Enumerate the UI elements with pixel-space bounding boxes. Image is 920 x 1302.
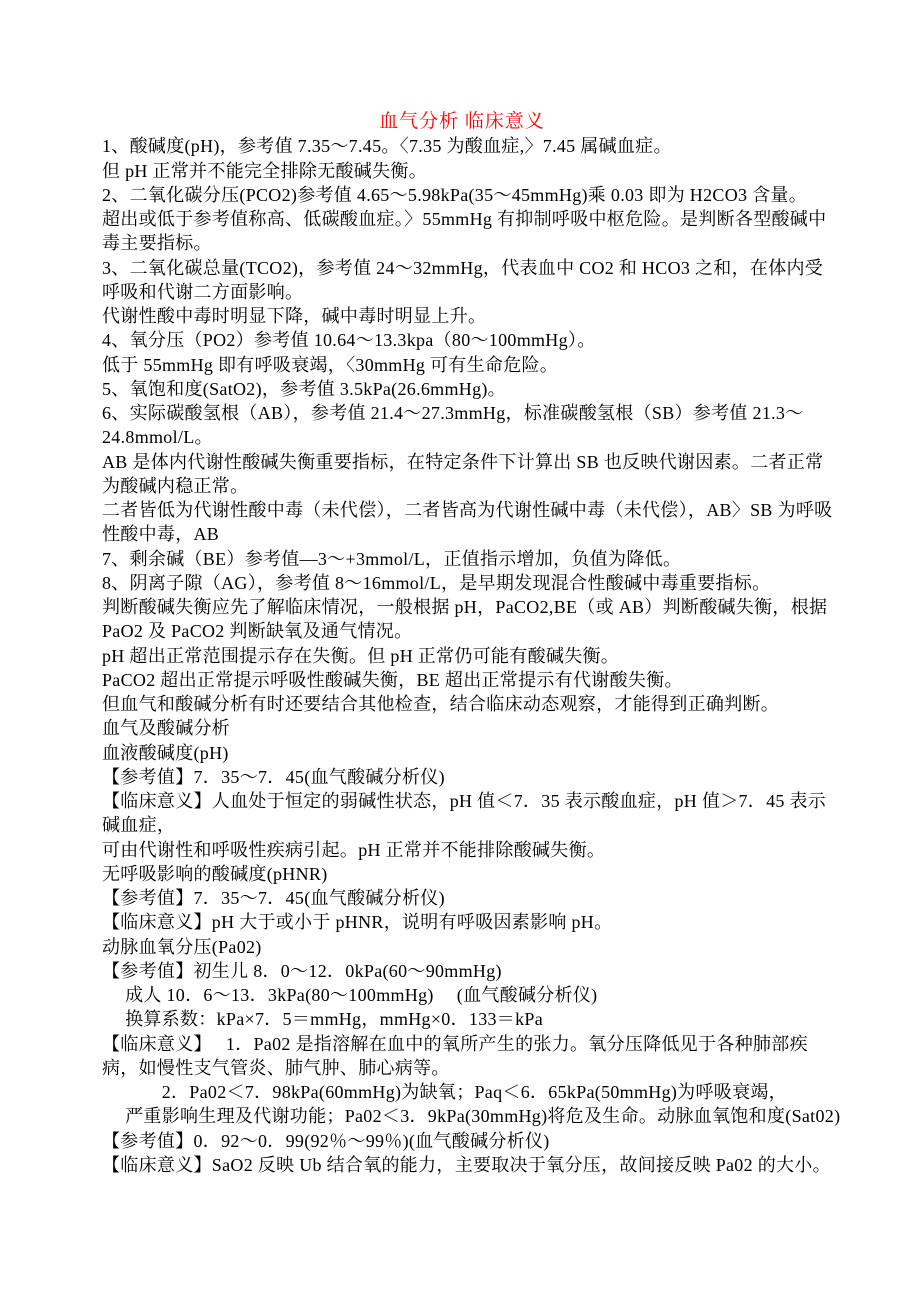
document-line: pH 超出正常范围提示存在失衡。但 pH 正常仍可能有酸碱失衡。 <box>102 644 842 668</box>
document-title: 血气分析 临床意义 <box>102 110 822 134</box>
document-line: PaCO2 超出正常提示呼吸性酸碱失衡，BE 超出正常提示有代谢酸失衡。 <box>102 668 842 692</box>
document-line: 1、酸碱度(pH)，参考值 7.35～7.45。〈7.35 为酸血症,〉7.45… <box>102 134 842 158</box>
document-line: 【临床意义】pH 大于或小于 pHNR，说明有呼吸因素影响 pH。 <box>102 910 842 934</box>
document-line: 8、阴离子隙（AG），参考值 8～16mmol/L，是早期发现混合性酸碱中毒重要… <box>102 571 842 595</box>
document-line: 毒主要指标。 <box>102 231 842 255</box>
document-line: 碱血症， <box>102 813 842 837</box>
document-line: 病，如慢性支气管炎、肺气肿、肺心病等。 <box>102 1056 842 1080</box>
document-line: 性酸中毒，AB <box>102 522 842 546</box>
document-line: 无呼吸影响的酸碱度(pHNR) <box>102 862 842 886</box>
document-line: 24.8mmol/L。 <box>102 425 842 449</box>
document-line: 代谢性酸中毒时明显下降，碱中毒时明显上升。 <box>102 304 842 328</box>
document-line: 【参考值】0．92～0．99(92％～99％)(血气酸碱分析仪) <box>102 1129 842 1153</box>
document-body-container: 血气分析 临床意义 1、酸碱度(pH)，参考值 7.35～7.45。〈7.35 … <box>102 110 842 1177</box>
document-line: 动脉血氧分压(Pa02) <box>102 935 842 959</box>
document-line: 【临床意义】人血处于恒定的弱碱性状态，pH 值＜7．35 表示酸血症，pH 值＞… <box>102 789 842 813</box>
document-line: 7、剩余碱（BE）参考值—3～+3mmol/L，正值指示增加，负值为降低。 <box>102 547 842 571</box>
document-line: 3、二氧化碳总量(TCO2)，参考值 24～32mmHg，代表血中 CO2 和 … <box>102 256 842 280</box>
document-line: 【临床意义】SaO2 反映 Ub 结合氧的能力，主要取决于氧分压，故间接反映 P… <box>102 1153 842 1177</box>
document-line: 5、氧饱和度(SatO2)，参考值 3.5kPa(26.6mmHg)。 <box>102 377 842 401</box>
document-line: AB 是体内代谢性酸碱失衡重要指标，在特定条件下计算出 SB 也反映代谢因素。二… <box>102 450 842 474</box>
document-line: 2．Pa02＜7．98kPa(60mmHg)为缺氧；Paq＜6．65kPa(50… <box>102 1080 842 1104</box>
document-line: 为酸碱内稳正常。 <box>102 474 842 498</box>
document-line: 但血气和酸碱分析有时还要结合其他检查，结合临床动态观察，才能得到正确判断。 <box>102 692 842 716</box>
document-line: 呼吸和代谢二方面影响。 <box>102 280 842 304</box>
document-line: 4、氧分压（PO2）参考值 10.64～13.3kpa（80～100mmHg）。 <box>102 328 842 352</box>
document-line: 【临床意义】 1．Pa02 是指溶解在血中的氧所产生的张力。氧分压降低见于各种肺… <box>102 1032 842 1056</box>
document-line: 判断酸碱失衡应先了解临床情况，一般根据 pH，PaCO2,BE（或 AB）判断酸… <box>102 595 842 619</box>
document-line: 6、实际碳酸氢根（AB），参考值 21.4～27.3mmHg，标准碳酸氢根（SB… <box>102 401 842 425</box>
document-line: 严重影响生理及代谢功能；Pa02＜3．9kPa(30mmHg)将危及生命。动脉血… <box>102 1104 842 1128</box>
document-line: 成人 10．6～13．3kPa(80～100mmHg) (血气酸碱分析仪) <box>102 983 842 1007</box>
document-line: 2、二氧化碳分压(PCO2)参考值 4.65～5.98kPa(35～45mmHg… <box>102 183 842 207</box>
document-line: 超出或低于参考值称高、低碳酸血症。〉55mmHg 有抑制呼吸中枢危险。是判断各型… <box>102 207 842 231</box>
document-line: 但 pH 正常并不能完全排除无酸碱失衡。 <box>102 159 842 183</box>
document-line: 低于 55mmHg 即有呼吸衰竭，〈30mmHg 可有生命危险。 <box>102 353 842 377</box>
document-line: 【参考值】7．35～7．45(血气酸碱分析仪) <box>102 886 842 910</box>
document-line: 血气及酸碱分析 <box>102 716 842 740</box>
document-line: 【参考值】初生儿 8．0～12．0kPa(60～90mmHg) <box>102 959 842 983</box>
document-line: 换算系数：kPa×7．5＝mmHg，mmHg×0．133＝kPa <box>102 1007 842 1031</box>
document-line: 可由代谢性和呼吸性疾病引起。pH 正常并不能排除酸碱失衡。 <box>102 838 842 862</box>
document-page: { "page": { "background": "#ffffff", "te… <box>0 0 920 1302</box>
document-line: 二者皆低为代谢性酸中毒（未代偿），二者皆高为代谢性碱中毒（未代偿），AB〉SB … <box>102 498 842 522</box>
document-body: 1、酸碱度(pH)，参考值 7.35～7.45。〈7.35 为酸血症,〉7.45… <box>102 134 842 1177</box>
document-line: PaO2 及 PaCO2 判断缺氧及通气情况。 <box>102 619 842 643</box>
document-line: 【参考值】7．35～7．45(血气酸碱分析仪) <box>102 765 842 789</box>
document-line: 血液酸碱度(pH) <box>102 741 842 765</box>
